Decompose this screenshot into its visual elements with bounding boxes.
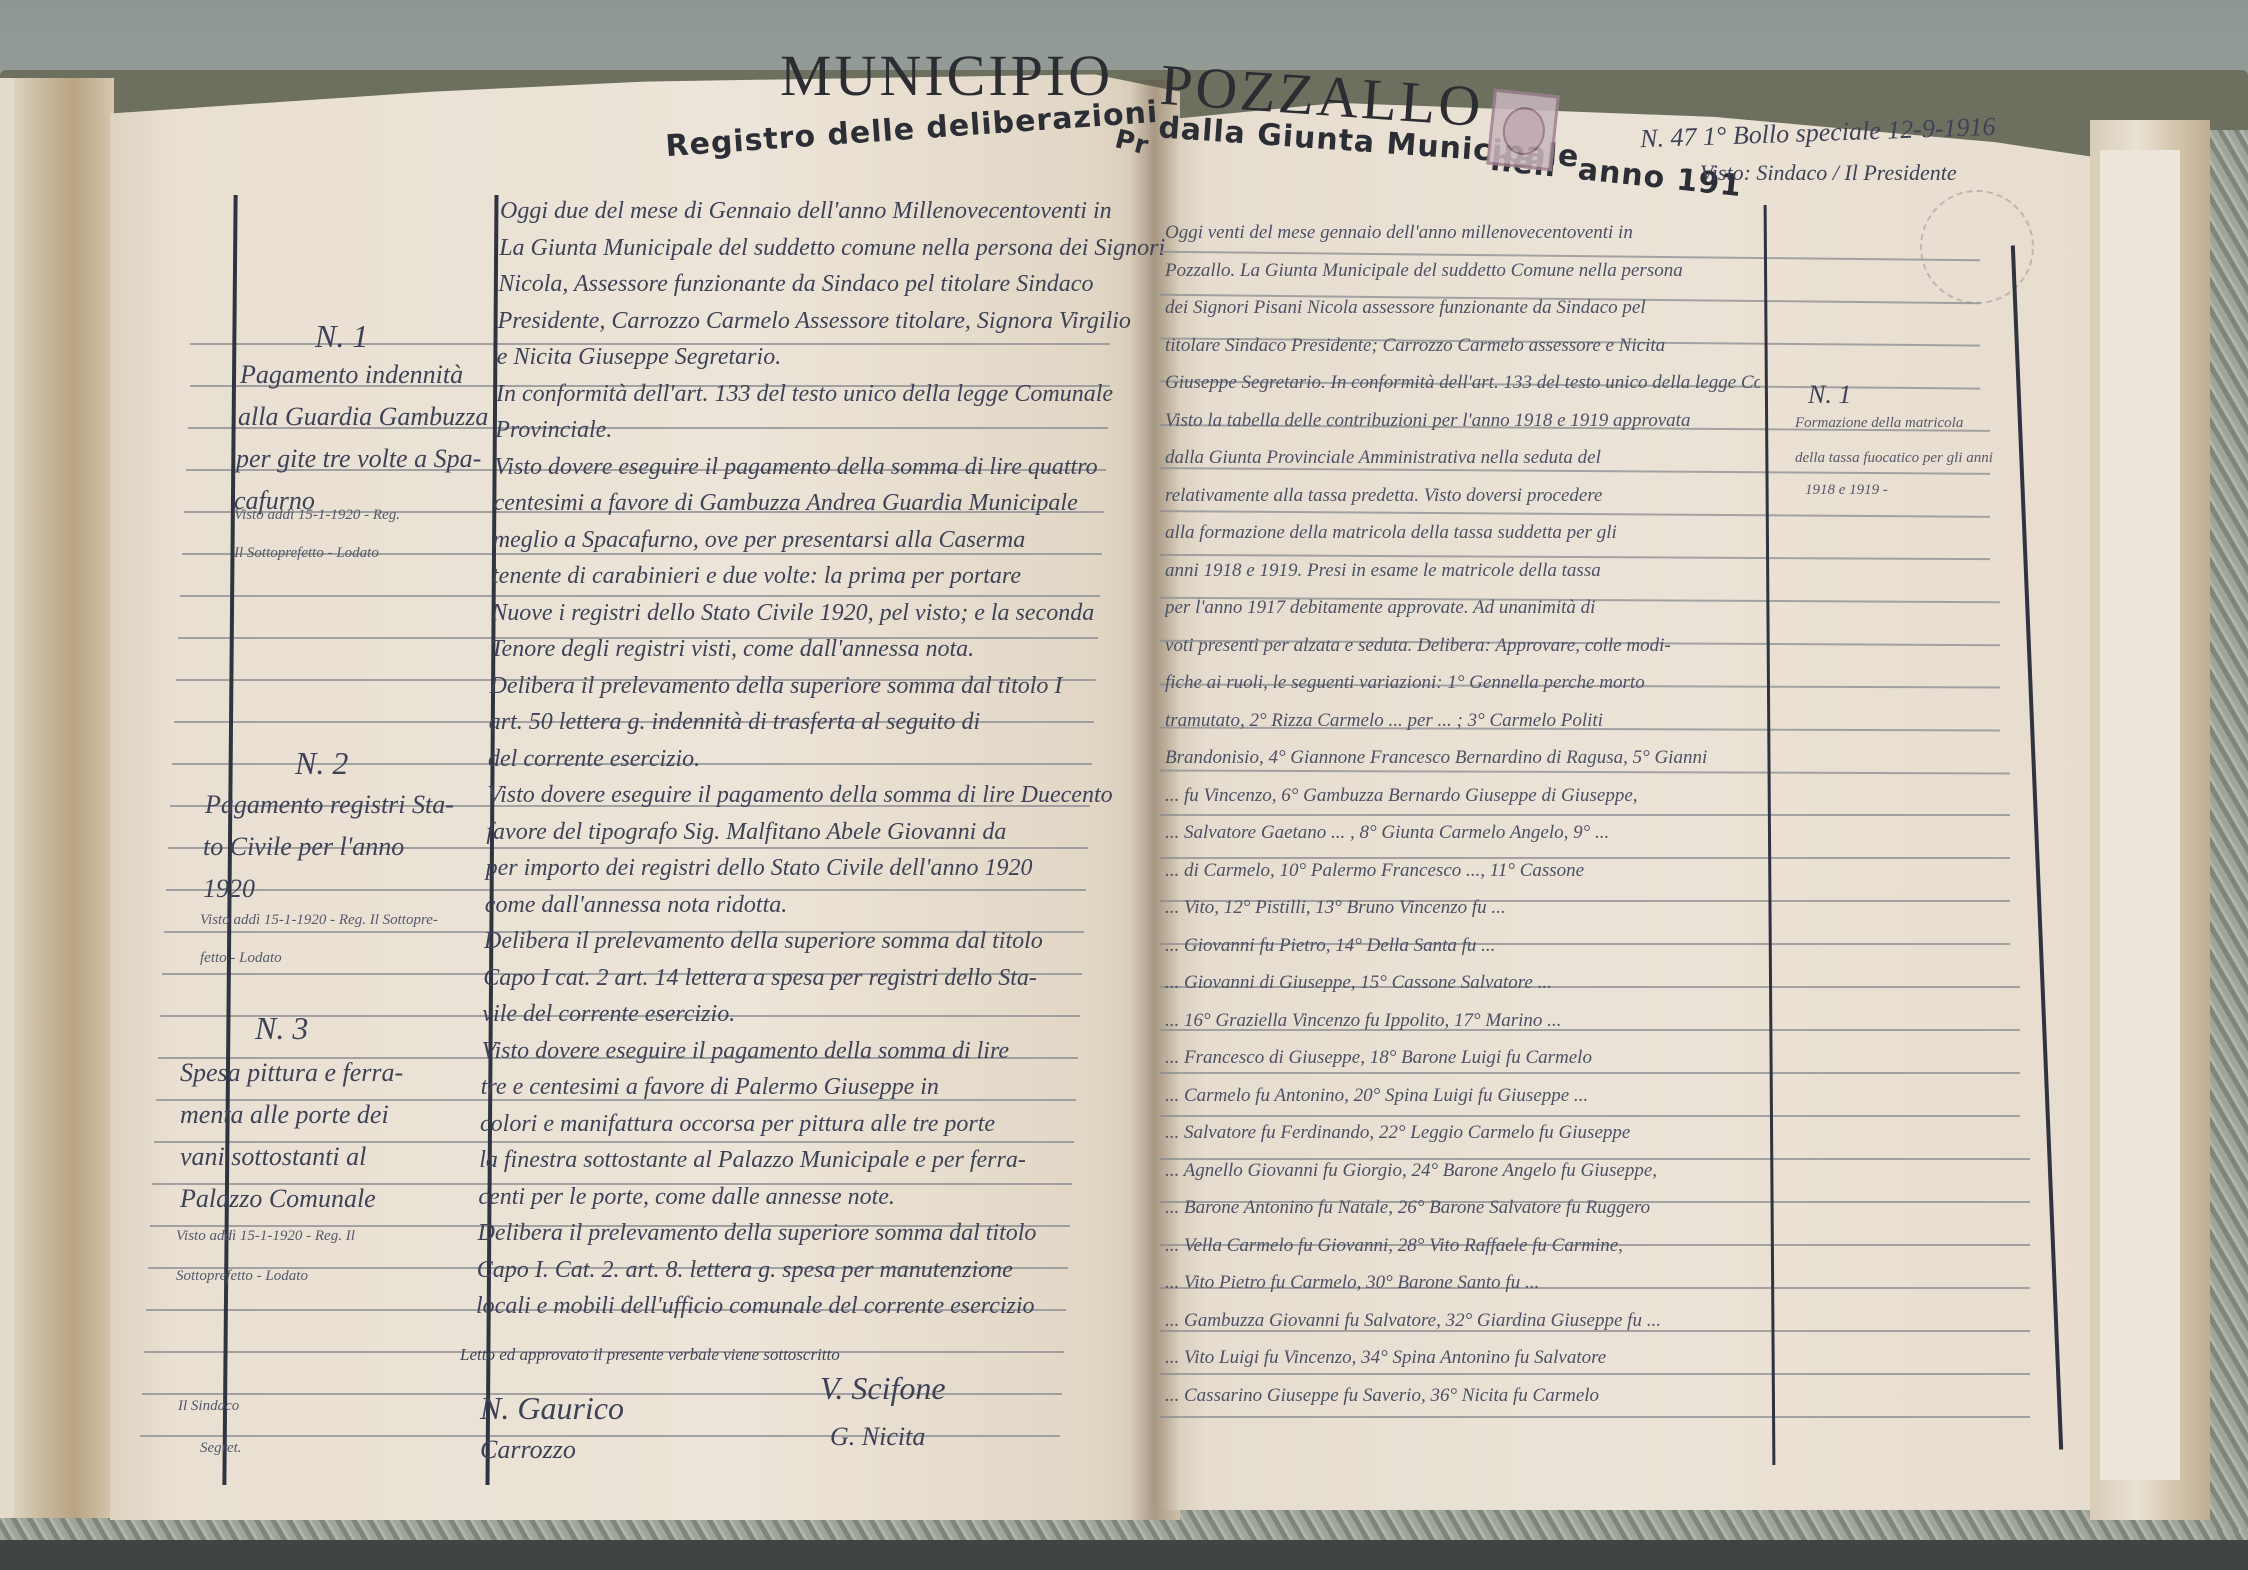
entry-subject-line: della tassa fuocatico per gli anni — [1795, 450, 1993, 467]
entry-subject-line: 1920 — [203, 874, 255, 904]
body-line: art. 50 lettera g. indennità di trasfert… — [489, 709, 980, 736]
body-line: ... Giovanni di Giuseppe, 15° Cassone Sa… — [1165, 972, 1760, 994]
body-line: centesimi a favore di Gambuzza Andrea Gu… — [494, 490, 1078, 517]
body-line: ... 16° Graziella Vincenzo fu Ippolito, … — [1165, 1010, 1760, 1032]
body-line: come dall'annessa nota ridotta. — [485, 892, 787, 919]
body-line: tre e centesimi a favore di Palermo Gius… — [481, 1074, 939, 1101]
body-line: ... Vito Pietro fu Carmelo, 30° Barone S… — [1165, 1272, 1760, 1294]
body-line: ... Vito, 12° Pistilli, 13° Bruno Vincen… — [1165, 897, 1760, 919]
body-line: ... Francesco di Giuseppe, 18° Barone Lu… — [1165, 1047, 1760, 1069]
body-line: ... Cassarino Giuseppe fu Saverio, 36° N… — [1165, 1385, 1760, 1407]
closing-formula: Letto ed approvato il presente verbale v… — [460, 1345, 840, 1365]
entry-visto-line: fetto - Lodato — [200, 950, 282, 967]
body-line: ... di Carmelo, 10° Palermo Francesco ..… — [1165, 860, 1760, 882]
right-flyleaf — [2100, 150, 2180, 1480]
body-line: voti presenti per alzata e seduta. Delib… — [1165, 635, 1760, 657]
left-page-edges — [14, 78, 114, 1518]
body-line: Tenore degli registri visti, come dall'a… — [490, 636, 974, 663]
body-line: per l'anno 1917 debitamente approvate. A… — [1165, 597, 1760, 619]
body-line: Visto dovere eseguire il pagamento della… — [487, 782, 1087, 809]
body-line: meglio a Spacafurno, ove per presentarsi… — [493, 527, 1025, 554]
body-line: ... Carmelo fu Antonino, 20° Spina Luigi… — [1165, 1085, 1760, 1107]
body-line: Pozzallo. La Giunta Municipale del sudde… — [1165, 260, 1760, 282]
annotation-line-2: Visto: Sindaco / Il Presidente — [1700, 160, 1957, 186]
body-line: alla formazione della matricola della ta… — [1165, 522, 1760, 544]
body-line: dalla Giunta Provinciale Amministrativa … — [1165, 447, 1760, 469]
body-line: colori e manifattura occorsa per pittura… — [480, 1111, 995, 1138]
body-line: titolare Sindaco Presidente; Carrozzo Ca… — [1165, 335, 1760, 357]
seal-icon — [1920, 190, 2034, 304]
signature: V. Scifone — [820, 1370, 946, 1407]
revenue-stamp-icon — [1486, 89, 1560, 171]
entry-subject-line: Formazione della matricola — [1795, 415, 1963, 432]
body-line: ... Salvatore Gaetano ... , 8° Giunta Ca… — [1165, 822, 1760, 844]
body-line: In conformità dell'art. 133 del testo un… — [496, 381, 1096, 408]
body-line: favore del tipografo Sig. Malfitano Abel… — [486, 819, 1006, 846]
marbled-cover-right — [2210, 130, 2248, 1530]
entry-number: N. 1 — [1808, 380, 1851, 410]
entry-visto-line: Visto addì 15-1-1920 - Reg. Il — [176, 1228, 355, 1245]
margin-signature: Il Sindaco — [178, 1398, 239, 1415]
entry-subject-line: Palazzo Comunale — [180, 1184, 376, 1214]
body-line: centi per le porte, come dalle annesse n… — [478, 1184, 895, 1211]
body-line: tramutato, 2° Rizza Carmelo ... per ... … — [1165, 710, 1760, 732]
body-line: Delibera il prelevamento della superiore… — [490, 673, 1063, 700]
body-line: ... Vito Luigi fu Vincenzo, 34° Spina An… — [1165, 1347, 1760, 1369]
entry-subject-line: 1918 e 1919 - — [1805, 482, 1888, 499]
entry-number: N. 3 — [255, 1010, 308, 1047]
body-line: dei Signori Pisani Nicola assessore funz… — [1165, 297, 1760, 319]
body-line: Oggi due del mese di Gennaio dell'anno M… — [500, 198, 1100, 225]
body-line: locali e mobili dell'ufficio comunale de… — [476, 1293, 1035, 1320]
entry-visto-line: Sottoprefetto - Lodato — [176, 1268, 308, 1285]
entry-subject-line: per gite tre volte a Spa- — [236, 444, 481, 474]
body-line: tenente di carabinieri e due volte: la p… — [492, 563, 1021, 590]
body-line: Visto la tabella delle contribuzioni per… — [1165, 410, 1760, 432]
entry-number: N. 1 — [315, 318, 368, 355]
body-line: ... Vella Carmelo fu Giovanni, 28° Vito … — [1165, 1235, 1760, 1257]
margin-signature: Segret. — [200, 1440, 242, 1457]
body-line: fiche ai ruoli, le seguenti variazioni: … — [1165, 672, 1760, 694]
body-line: Presidente, Carrozzo Carmelo Assessore t… — [498, 308, 1098, 335]
signature: N. Gaurico — [480, 1390, 624, 1427]
body-line: Delibera il prelevamento della superiore… — [478, 1220, 1037, 1247]
body-line: Provinciale. — [495, 417, 612, 444]
header-title-left: MUNICIPIO — [780, 42, 1113, 109]
body-line: Visto dovere eseguire il pagamento della… — [482, 1038, 1009, 1065]
entry-subject-line: Pagamento registri Sta- — [205, 790, 454, 820]
signature: G. Nicita — [830, 1422, 925, 1452]
entry-subject-line: vani sottostanti al — [180, 1142, 366, 1172]
body-line: la finestra sottostante al Palazzo Munic… — [479, 1147, 1026, 1174]
body-line: Nuove i registri dello Stato Civile 1920… — [491, 600, 1091, 627]
entry-visto-line: Visto addì 15-1-1920 - Reg. — [234, 507, 400, 524]
body-line: ... Agnello Giovanni fu Giorgio, 24° Bar… — [1165, 1160, 1760, 1182]
body-line: ... Giovanni fu Pietro, 14° Della Santa … — [1165, 935, 1760, 957]
body-line: e Nicita Giuseppe Segretario. — [497, 344, 781, 371]
body-line: Giuseppe Segretario. In conformità dell'… — [1165, 372, 1760, 394]
body-line: Delibera il prelevamento della superiore… — [484, 928, 1043, 955]
entry-subject-line: Pagamento indennità — [240, 360, 463, 390]
entry-subject-line: Spesa pittura e ferra- — [180, 1058, 403, 1088]
body-line: relativamente alla tassa predetta. Visto… — [1165, 485, 1760, 507]
entry-subject-line: to Civile per l'anno — [203, 832, 404, 862]
body-line: per importo dei registri dello Stato Civ… — [486, 855, 1033, 882]
signature: Carrozzo — [480, 1435, 576, 1465]
body-line: ... fu Vincenzo, 6° Gambuzza Bernardo Gi… — [1165, 785, 1760, 807]
body-line: anni 1918 e 1919. Presi in esame le matr… — [1165, 560, 1760, 582]
body-line: La Giunta Municipale del suddetto comune… — [499, 235, 1099, 262]
entry-visto-line: Visto addì 15-1-1920 - Reg. Il Sottopre- — [200, 912, 438, 929]
entry-subject-line: alla Guardia Gambuzza — [238, 402, 488, 432]
body-line: Oggi venti del mese gennaio dell'anno mi… — [1165, 222, 1760, 244]
body-line: Capo I cat. 2 art. 14 lettera a spesa pe… — [483, 965, 1037, 992]
body-line: del corrente esercizio. — [488, 746, 700, 773]
body-line: vile del corrente esercizio. — [482, 1001, 735, 1028]
body-line: Nicola, Assessore funzionante da Sindaco… — [498, 271, 1093, 298]
body-line: Visto dovere eseguire il pagamento della… — [494, 454, 1094, 481]
body-line: Capo I. Cat. 2. art. 8. lettera g. spesa… — [477, 1257, 1013, 1284]
body-line: ... Salvatore fu Ferdinando, 22° Leggio … — [1165, 1122, 1760, 1144]
entry-visto-line: Il Sottoprefetto - Lodato — [234, 545, 379, 562]
entry-subject-line: menta alle porte dei — [180, 1100, 389, 1130]
body-line: ... Barone Antonino fu Natale, 26° Baron… — [1165, 1197, 1760, 1219]
body-line: Brandonisio, 4° Giannone Francesco Berna… — [1165, 747, 1760, 769]
entry-number: N. 2 — [295, 745, 348, 782]
body-line: ... Gambuzza Giovanni fu Salvatore, 32° … — [1165, 1310, 1760, 1332]
